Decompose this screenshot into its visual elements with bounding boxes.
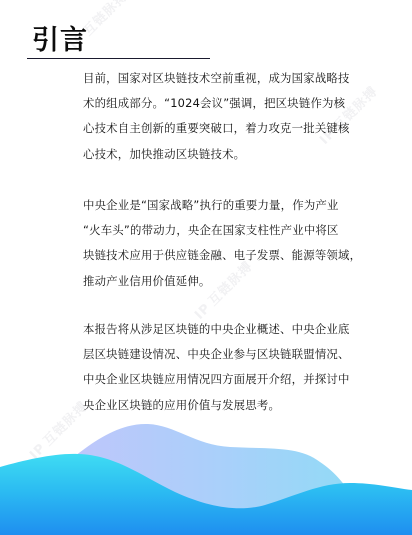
paragraph-line: 本报告将从涉足区块链的中央企业概述、中央企业底 (83, 317, 345, 342)
page-title: 引言 (32, 26, 88, 56)
paragraph-line: 中央企业区块链应用情况四方面展开介绍，并探讨中 (83, 367, 345, 392)
paragraph-line: 推动产业信用价值延伸。 (83, 269, 345, 294)
watermark: IP互链脉搏 (24, 396, 91, 463)
paragraph-line: 央企业区块链的应用价值与发展思考。 (83, 393, 345, 418)
paragraph-line: 层区块链建设情况、中央企业参与区块链联盟情况、 (83, 342, 345, 367)
paragraph-line: 目前，国家对区块链技术空前重视，成为国家战略技 (83, 66, 345, 91)
paragraph-line: 中央企业是“国家战略”执行的重要力量，作为产业 (83, 193, 345, 218)
paragraph-line: “火车头”的带动力，央企在国家支柱性产业中将区 (83, 218, 345, 243)
paragraph-line: 块链技术应用于供应链金融、电子发票、能源等领域， (83, 243, 345, 268)
back-wave (70, 424, 350, 535)
paragraph-intro: 目前，国家对区块链技术空前重视，成为国家战略技 术的组成部分。“1024会议”强… (83, 66, 345, 167)
paragraph-line: 术的组成部分。“1024会议”强调，把区块链作为核 (83, 91, 345, 116)
front-wave (0, 454, 412, 535)
paragraph-line: 心技术，加快推动区块链技术。 (83, 142, 345, 167)
paragraph-central-enterprises: 中央企业是“国家战略”执行的重要力量，作为产业 “火车头”的带动力，央企在国家支… (83, 193, 345, 294)
paragraph-line: 心技术自主创新的重要突破口，着力攻克一批关键核 (83, 116, 345, 141)
document-page: IP互链脉搏 IP互链脉搏 IP互链脉搏 IP互链脉搏 引言 目前，国家对区块链… (0, 0, 412, 535)
title-underline (27, 58, 210, 59)
paragraph-report-scope: 本报告将从涉足区块链的中央企业概述、中央企业底 层区块链建设情况、中央企业参与区… (83, 317, 345, 418)
